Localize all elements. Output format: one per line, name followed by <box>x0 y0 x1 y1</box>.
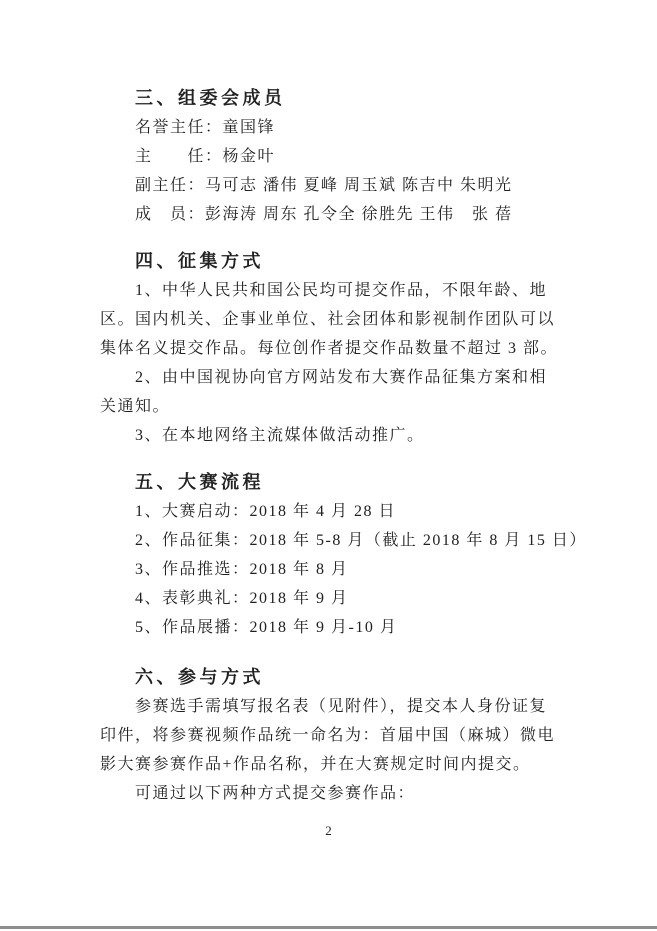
text-line: 名誉主任：童国锋 <box>100 113 562 142</box>
text-line: 影大赛参赛作品+作品名称，并在大赛规定时间内提交。 <box>100 750 562 779</box>
text-line: 3、作品推选：2018 年 8 月 <box>100 555 562 584</box>
text-line: 1、中华人民共和国公民均可提交作品，不限年龄、地 <box>100 276 562 305</box>
page-bottom-edge <box>0 926 657 929</box>
text-line: 关通知。 <box>100 392 562 421</box>
document-page: 三、组委会成员 名誉主任：童国锋 主 任：杨金叶 副主任：马可志 潘伟 夏峰 周… <box>0 0 657 931</box>
text-line: 5、作品展播：2018 年 9 月-10 月 <box>100 613 562 642</box>
text-line: 2、由中国视协向官方网站发布大赛作品征集方案和相 <box>100 363 562 392</box>
section-heading: 三、组委会成员 <box>100 84 562 113</box>
section-organizing-committee: 三、组委会成员 名誉主任：童国锋 主 任：杨金叶 副主任：马可志 潘伟 夏峰 周… <box>100 84 562 229</box>
text-line: 集体名义提交作品。每位创作者提交作品数量不超过 3 部。 <box>100 334 562 363</box>
page-number: 2 <box>0 822 657 840</box>
document-content: 三、组委会成员 名誉主任：童国锋 主 任：杨金叶 副主任：马可志 潘伟 夏峰 周… <box>100 84 562 808</box>
text-line: 1、大赛启动：2018 年 4 月 28 日 <box>100 497 562 526</box>
section-competition-process: 五、大赛流程 1、大赛启动：2018 年 4 月 28 日 2、作品征集：201… <box>100 468 562 642</box>
section-collection-method: 四、征集方式 1、中华人民共和国公民均可提交作品，不限年龄、地 区。国内机关、企… <box>100 247 562 450</box>
text-line: 成 员：彭海涛 周东 孔令全 徐胜先 王伟 张 蓓 <box>100 200 562 229</box>
section-heading: 四、征集方式 <box>100 247 562 276</box>
text-line: 4、表彰典礼：2018 年 9 月 <box>100 584 562 613</box>
section-participation-method: 六、参与方式 参赛选手需填写报名表（见附件），提交本人身份证复 印件，将参赛视频… <box>100 663 562 808</box>
text-line: 可通过以下两种方式提交参赛作品： <box>100 779 562 808</box>
text-line: 3、在本地网络主流媒体做活动推广。 <box>100 421 562 450</box>
text-line: 参赛选手需填写报名表（见附件），提交本人身份证复 <box>100 692 562 721</box>
text-line: 主 任：杨金叶 <box>100 142 562 171</box>
section-heading: 五、大赛流程 <box>100 468 562 497</box>
text-line: 区。国内机关、企事业单位、社会团体和影视制作团队可以 <box>100 305 562 334</box>
section-heading: 六、参与方式 <box>100 663 562 692</box>
text-line: 印件，将参赛视频作品统一命名为：首届中国（麻城）微电 <box>100 721 562 750</box>
text-line: 2、作品征集：2018 年 5-8 月（截止 2018 年 8 月 15 日） <box>100 526 562 555</box>
text-line: 副主任：马可志 潘伟 夏峰 周玉斌 陈吉中 朱明光 <box>100 171 562 200</box>
